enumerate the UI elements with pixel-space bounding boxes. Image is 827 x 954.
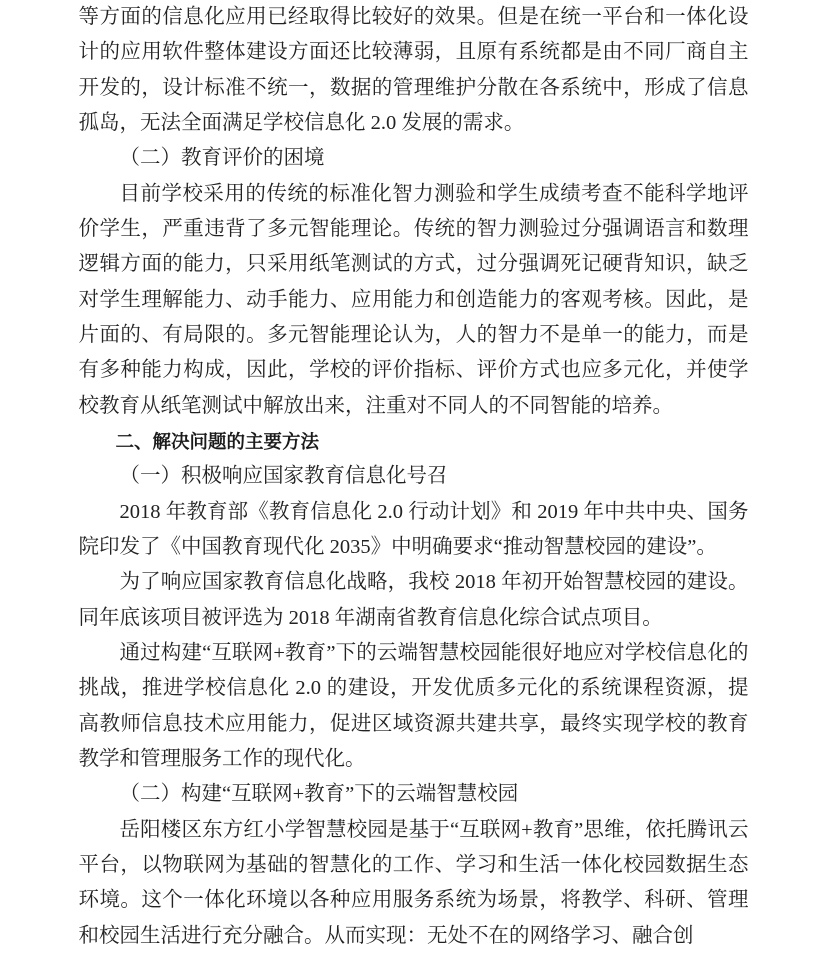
subsection-heading-national-call: （一）积极响应国家教育信息化号召 — [79, 459, 749, 494]
body-paragraph: 目前学校采用的传统的标准化智力测验和学生成绩考查不能科学地评价学生，严重违背了多… — [79, 177, 749, 424]
body-paragraph-continuation: 等方面的信息化应用已经取得比较好的效果。但是在统一平台和一体化设计的应用软件整体… — [79, 0, 749, 141]
body-paragraph: 为了响应国家教育信息化战略，我校 2018 年初开始智慧校园的建设。同年底该项目… — [79, 565, 749, 636]
body-paragraph: 岳阳楼区东方红小学智慧校园是基于“互联网+教育”思维，依托腾讯云平台，以物联网为… — [79, 813, 749, 954]
document-viewport: { "page": { "background_color": "#ffffff… — [0, 0, 827, 954]
subsection-heading-education-evaluation: （二）教育评价的困境 — [79, 141, 749, 176]
body-paragraph: 通过构建“互联网+教育”下的云端智慧校园能很好地应对学校信息化的挑战，推进学校信… — [79, 636, 749, 777]
document-page: 等方面的信息化应用已经取得比较好的效果。但是在统一平台和一体化设计的应用软件整体… — [79, 0, 749, 954]
section-heading-main-methods: 二、解决问题的主要方法 — [79, 424, 749, 459]
body-paragraph: 2018 年教育部《教育信息化 2.0 行动计划》和 2019 年中共中央、国务… — [79, 495, 749, 566]
subsection-heading-cloud-smart-campus: （二）构建“互联网+教育”下的云端智慧校园 — [79, 777, 749, 812]
